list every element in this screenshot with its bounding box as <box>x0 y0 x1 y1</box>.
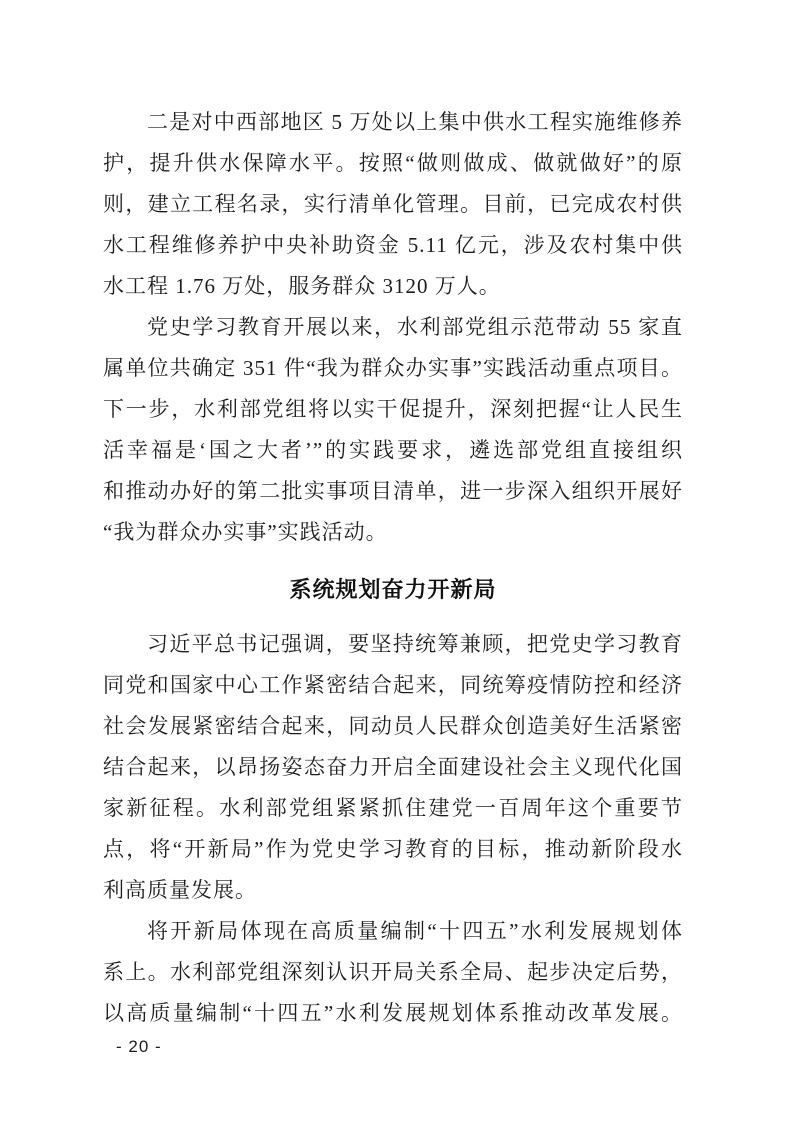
text-line: 系上。水利部党组深刻认识开局关系全局、起步决定后势， <box>103 952 683 993</box>
text-line: 二是对中西部地区 5 万处以上集中供水工程实施维修养 <box>103 102 683 143</box>
text-line: 护，提升供水保障水平。按照“做则做成、做就做好”的原 <box>103 143 683 184</box>
text-line: “我为群众办实事”实践活动。 <box>103 512 683 553</box>
page-number: - 20 - <box>116 1037 162 1057</box>
text-line: 同党和国家中心工作紧密结合起来，同统筹疫情防控和经济 <box>103 665 683 706</box>
document-page: 二是对中西部地区 5 万处以上集中供水工程实施维修养 护，提升供水保障水平。按照… <box>0 0 800 1131</box>
text-line: 点，将“开新局”作为党史学习教育的目标，推动新阶段水 <box>103 829 683 870</box>
text-line: 将开新局体现在高质量编制“十四五”水利发展规划体 <box>103 911 683 952</box>
body-paragraph: 将开新局体现在高质量编制“十四五”水利发展规划体 系上。水利部党组深刻认识开局关… <box>103 911 683 1034</box>
text-line: 水工程 1.76 万处，服务群众 3120 万人。 <box>103 266 683 307</box>
body-paragraph: 二是对中西部地区 5 万处以上集中供水工程实施维修养 护，提升供水保障水平。按照… <box>103 102 683 307</box>
text-line: 水工程维修养护中央补助资金 5.11 亿元，涉及农村集中供 <box>103 225 683 266</box>
text-line: 结合起来，以昂扬姿态奋力开启全面建设社会主义现代化国 <box>103 747 683 788</box>
text-line: 家新征程。水利部党组紧紧抓住建党一百周年这个重要节 <box>103 788 683 829</box>
text-line: 利高质量发展。 <box>103 870 683 911</box>
text-line: 则，建立工程名录，实行清单化管理。目前，已完成农村供 <box>103 184 683 225</box>
text-line: 社会发展紧密结合起来，同动员人民群众创造美好生活紧密 <box>103 706 683 747</box>
text-line: 活幸福是‘国之大者’”的实践要求，遴选部党组直接组织 <box>103 430 683 471</box>
text-line: 以高质量编制“十四五”水利发展规划体系推动改革发展。 <box>103 993 683 1034</box>
text-line: 属单位共确定 351 件“我为群众办实事”实践活动重点项目。 <box>103 348 683 389</box>
document-body: 二是对中西部地区 5 万处以上集中供水工程实施维修养 护，提升供水保障水平。按照… <box>103 102 683 1034</box>
text-line: 下一步，水利部党组将以实干促提升，深刻把握“让人民生 <box>103 389 683 430</box>
body-paragraph: 党史学习教育开展以来，水利部党组示范带动 55 家直 属单位共确定 351 件“… <box>103 307 683 553</box>
section-heading: 系统规划奋力开新局 <box>103 569 683 610</box>
text-line: 党史学习教育开展以来，水利部党组示范带动 55 家直 <box>103 307 683 348</box>
body-paragraph: 习近平总书记强调，要坚持统筹兼顾，把党史学习教育 同党和国家中心工作紧密结合起来… <box>103 624 683 911</box>
text-line: 和推动办好的第二批实事项目清单，进一步深入组织开展好 <box>103 471 683 512</box>
text-line: 习近平总书记强调，要坚持统筹兼顾，把党史学习教育 <box>103 624 683 665</box>
